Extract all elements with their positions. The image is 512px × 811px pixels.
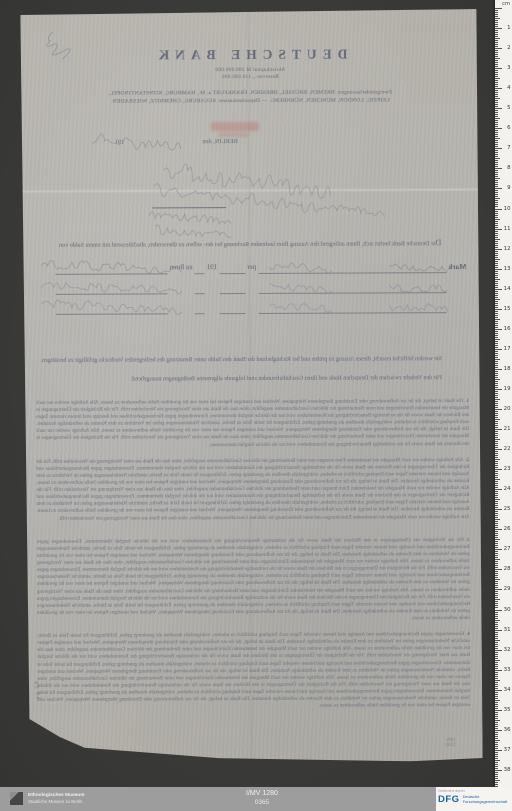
- ruler-tick: [495, 706, 498, 707]
- ruler-tick: [495, 253, 498, 254]
- ruler-tick: [495, 223, 498, 224]
- per-line: [219, 262, 245, 274]
- ruler-tick: [495, 423, 498, 424]
- ruler-tick: [495, 335, 498, 336]
- ruler-tick: [495, 632, 498, 633]
- ruler-tick: [495, 531, 498, 532]
- ruler-tick: [495, 235, 498, 236]
- ruler-tick: [495, 56, 498, 57]
- ruler-tick: [495, 198, 500, 199]
- terms-smallprint: 1.Die Bank ist befugt, die ihr zur Aufbe…: [36, 398, 470, 720]
- ruler-tick: [495, 642, 498, 643]
- ruler-tick: [495, 565, 498, 566]
- ruler-tick: [495, 100, 498, 101]
- ruler-tick: [495, 714, 498, 715]
- ruler-tick: [495, 351, 498, 352]
- ruler-tick: [495, 257, 498, 258]
- ruler-tick: [495, 142, 498, 143]
- ruler-number: 20: [504, 406, 511, 412]
- ruler-tick: [495, 170, 498, 171]
- year-line: [195, 302, 205, 314]
- ruler-tick: [495, 497, 498, 498]
- ruler-tick: [495, 148, 502, 149]
- ruler-tick: [495, 327, 498, 328]
- ruler-tick: [495, 628, 498, 629]
- ruler-tick: [495, 764, 498, 765]
- ruler-tick: [495, 10, 498, 11]
- ruler-tick: [495, 269, 502, 270]
- dfg-full-name: Deutsche Forschungsgemeinschaft: [463, 795, 508, 804]
- ruler-tick: [495, 337, 498, 338]
- ruler-tick: [495, 227, 498, 228]
- ruler-tick: [495, 58, 500, 59]
- ruler-tick: [495, 680, 500, 681]
- ruler-tick: [495, 756, 498, 757]
- ruler-tick: [495, 461, 498, 462]
- ruler-tick: [495, 471, 498, 472]
- ruler-tick: [495, 451, 498, 452]
- ruler-tick: [495, 46, 498, 47]
- ruler-tick: [495, 686, 498, 687]
- ruler-tick: [495, 305, 498, 306]
- ruler-tick: [495, 321, 498, 322]
- ruler-tick: [495, 529, 502, 530]
- ruler-tick: [495, 708, 498, 709]
- ruler-number: 26: [504, 526, 511, 532]
- ruler-tick: [495, 563, 498, 564]
- ruler-tick: [495, 74, 498, 75]
- ruler-tick: [495, 54, 498, 55]
- ruler-tick: [495, 517, 498, 518]
- ruler-tick: [495, 64, 498, 65]
- ruler-tick: [495, 168, 502, 169]
- terms-item-number: 1.: [463, 399, 469, 404]
- ruler-tick: [495, 561, 498, 562]
- ruler-tick: [495, 251, 498, 252]
- ruler-tick: [495, 50, 498, 51]
- intro-initial: D: [436, 238, 442, 247]
- ruler-tick: [495, 363, 498, 364]
- ruler-number: 33: [504, 667, 511, 673]
- ruler-tick: [495, 391, 498, 392]
- ruler-tick: [495, 98, 500, 99]
- ruler-tick: [495, 88, 502, 89]
- ruler-tick: [495, 443, 498, 444]
- intro-paragraph: Die Deutsche Bank beehrt sich, Ihnen anl…: [37, 238, 467, 250]
- ruler-tick: [495, 696, 498, 697]
- ruler-tick: [495, 487, 498, 488]
- ruler-tick: [495, 662, 498, 663]
- ruler-tick: [495, 313, 498, 314]
- handwriting-stroke: [6, 704, 20, 751]
- ruler-tick: [495, 616, 498, 617]
- ruler-tick: [495, 158, 500, 159]
- red-ink-stamp-faint: [219, 132, 249, 137]
- ruler-tick: [495, 28, 502, 29]
- ruler-tick: [495, 172, 498, 173]
- ruler-tick: [495, 389, 502, 390]
- ruler-tick: [495, 114, 498, 115]
- ruler-tick: [495, 463, 498, 464]
- ruler-tick: [495, 429, 502, 430]
- ruler-number: 3: [507, 65, 510, 71]
- ruler-tick: [495, 329, 502, 330]
- ruler-tick: [495, 194, 498, 195]
- ruler-tick: [495, 164, 498, 165]
- ruler-tick: [495, 387, 498, 388]
- ruler-tick: [495, 124, 498, 125]
- ruler-tick: [495, 682, 498, 683]
- ruler-tick: [495, 379, 500, 380]
- ruler-number: 5: [507, 105, 510, 111]
- ruler-tick: [495, 301, 498, 302]
- ruler-number: 1: [507, 25, 510, 31]
- ruler-tick: [495, 371, 498, 372]
- ruler-tick: [495, 557, 498, 558]
- ruler-tick: [495, 110, 498, 111]
- ruler-tick: [495, 293, 498, 294]
- ruler-tick: [495, 599, 500, 600]
- ruler-tick: [495, 365, 498, 366]
- ruler-tick: [495, 279, 500, 280]
- ruler-tick: [495, 732, 498, 733]
- ruler-tick: [495, 726, 498, 727]
- ruler-tick: [495, 122, 498, 123]
- ruler-tick: [495, 674, 498, 675]
- ruler-tick: [495, 698, 498, 699]
- ruler-tick: [495, 501, 498, 502]
- footer-bar: Ethnologisches Museum Staatliche Museen …: [0, 787, 512, 811]
- ruler-tick: [495, 162, 498, 163]
- ruler-tick: [495, 249, 502, 250]
- ruler-tick: [495, 96, 498, 97]
- ruler-tick: [495, 160, 498, 161]
- ruler-tick: [495, 591, 498, 592]
- ruler-tick: [495, 620, 500, 621]
- ruler-tick: [495, 233, 498, 234]
- ruler-tick: [495, 754, 498, 755]
- ruler-tick: [495, 24, 498, 25]
- ruler-number: 10: [504, 206, 511, 212]
- dfg-logo: DFG Deutsche Forschungsgemeinschaft: [438, 794, 508, 805]
- ruler-tick: [495, 14, 498, 15]
- ruler-tick: [495, 347, 498, 348]
- ruler-tick: [495, 736, 498, 737]
- ruler-tick: [495, 395, 498, 396]
- terms-item: 2.Alle Aufträge werden nur nach Massgabe…: [36, 457, 469, 537]
- ruler-tick: [495, 499, 500, 500]
- ruler-tick: [495, 664, 498, 665]
- ruler-number: 34: [504, 687, 511, 693]
- ruler-tick: [495, 511, 498, 512]
- ruler-tick: [495, 307, 498, 308]
- ruler-tick: [495, 587, 498, 588]
- ruler-tick: [495, 433, 498, 434]
- terms-intro-paragraph: Für den Verkehr zwischen der Deutschen B…: [38, 374, 468, 384]
- ruler-tick: [495, 577, 498, 578]
- ruler-tick: [495, 712, 498, 713]
- ruler-tick: [495, 491, 498, 492]
- ruler-tick: [495, 341, 498, 342]
- ruler-tick: [495, 180, 498, 181]
- ruler-tick: [495, 419, 500, 420]
- ruler-tick: [495, 174, 498, 175]
- per-line: [219, 282, 245, 294]
- ruler-tick: [495, 571, 498, 572]
- ruler-tick: [495, 150, 498, 151]
- ruler-tick: [495, 399, 500, 400]
- ruler-tick: [495, 225, 498, 226]
- ruler-number: 31: [504, 627, 511, 633]
- red-ink-stamp: [211, 122, 259, 131]
- ruler-tick: [495, 215, 498, 216]
- ruler-tick: [495, 766, 498, 767]
- ruler-tick: [495, 469, 502, 470]
- ruler-tick: [495, 507, 498, 508]
- ruler-tick: [495, 393, 498, 394]
- ruler-tick: [495, 303, 498, 304]
- ruler-tick: [495, 106, 498, 107]
- ruler-tick: [495, 746, 498, 747]
- ruler-tick: [495, 509, 502, 510]
- ruler-tick: [495, 188, 502, 189]
- ruler-tick: [495, 413, 498, 414]
- ruler-tick: [495, 694, 498, 695]
- ruler-tick: [495, 94, 498, 95]
- ruler-tick: [495, 656, 498, 657]
- ruler-tick: [495, 34, 498, 35]
- ruler-tick: [495, 281, 498, 282]
- ruler-tick: [495, 676, 498, 677]
- ruler-tick: [495, 184, 498, 185]
- ruler-number: 13: [504, 266, 511, 272]
- ruler-tick: [495, 453, 498, 454]
- ruler-tick: [495, 349, 502, 350]
- ruler-tick: [495, 489, 502, 490]
- ruler-tick: [495, 128, 502, 129]
- handwriting-stroke: [92, 131, 181, 153]
- ruler-number: 22: [504, 446, 511, 452]
- ruler-tick: [495, 44, 498, 45]
- ruler-tick: [495, 255, 498, 256]
- terms-item-number: 4.: [464, 632, 470, 637]
- ruler-tick: [495, 295, 498, 296]
- ruler-tick: [495, 339, 500, 340]
- ruler-tick: [495, 481, 498, 482]
- ruler-tick: [495, 261, 498, 262]
- ruler-tick: [495, 192, 498, 193]
- ruler-tick: [495, 16, 498, 17]
- ruler-tick: [495, 678, 498, 679]
- branches-line-1: Zweigniederlassungen: BREMEN, BRÜSSEL, D…: [20, 89, 481, 97]
- handwriting-stroke: [270, 301, 332, 314]
- ruler-tick: [495, 449, 502, 450]
- ruler-tick: [495, 136, 498, 137]
- branches-line-2: LEIPZIG, LONDON, MÜNCHEN, NÜRNBERG. — De…: [20, 97, 481, 105]
- terms-item: 1.Die Bank ist befugt, die ihr zur Aufbe…: [36, 398, 469, 457]
- ruler-number: 6: [507, 125, 510, 131]
- ruler-number: 11: [504, 226, 511, 232]
- ruler-tick: [495, 140, 498, 141]
- ruler-tick: [495, 533, 498, 534]
- ruler-number: 25: [504, 506, 511, 512]
- bank-name: DEUTSCHE BANK: [20, 46, 481, 64]
- label-per: per: [245, 263, 258, 274]
- ruler-tick: [495, 209, 502, 210]
- ruler-number: 17: [504, 346, 511, 352]
- ruler-tick: [495, 156, 498, 157]
- ruler-tick: [495, 447, 498, 448]
- ruler-tick: [495, 405, 498, 406]
- ruler-tick: [495, 60, 498, 61]
- ruler-tick: [495, 48, 502, 49]
- ruler-tick: [495, 475, 498, 476]
- ruler-tick: [495, 367, 498, 368]
- ruler-tick: [495, 213, 498, 214]
- ruler-tick: [495, 770, 502, 771]
- ruler-tick: [495, 86, 498, 87]
- ruler-tick: [495, 744, 498, 745]
- ruler-tick: [495, 607, 498, 608]
- ruler-tick: [495, 265, 498, 266]
- ruler-tick: [495, 178, 500, 179]
- ruler-tick: [495, 291, 498, 292]
- ruler-tick: [495, 750, 502, 751]
- ruler-tick: [495, 166, 498, 167]
- scanned-letter-page: DEUTSCHE BANK Aktienkapital M 200.000.00…: [19, 9, 483, 764]
- ruler-tick: [495, 535, 498, 536]
- ruler-tick: [495, 762, 498, 763]
- ruler-tick: [495, 112, 498, 113]
- ruler-tick: [495, 66, 498, 67]
- ruler-number: 36: [504, 727, 511, 733]
- ruler-tick: [495, 638, 498, 639]
- ruler-tick: [495, 579, 500, 580]
- ruler-tick: [495, 138, 500, 139]
- terms-item: 3.Für die Richtigkeit der Übertragungen …: [37, 537, 470, 631]
- dfg-branding: Gefördert durch DFG Deutsche Forschungsg…: [438, 789, 508, 805]
- ruler-tick: [495, 90, 498, 91]
- ruler-tick: [495, 381, 498, 382]
- ruler-tick: [495, 373, 498, 374]
- ruler-tick: [495, 202, 498, 203]
- ruler-tick: [495, 688, 498, 689]
- ruler-tick: [495, 622, 498, 623]
- ruler-tick: [495, 603, 498, 604]
- ruler-tick: [495, 784, 498, 785]
- ruler-tick: [495, 672, 498, 673]
- ruler-tick: [495, 573, 498, 574]
- ruler-tick: [495, 495, 498, 496]
- ruler-tick: [495, 237, 498, 238]
- terms-item-number: 3.: [464, 538, 470, 543]
- ruler-tick: [495, 575, 498, 576]
- ruler-tick: [495, 259, 500, 260]
- ruler-tick: [495, 503, 498, 504]
- ruler-tick: [495, 439, 500, 440]
- ruler-tick: [495, 690, 502, 691]
- ruler-tick: [495, 724, 498, 725]
- ruler-tick: [495, 80, 498, 81]
- archive-stamp-line-2: 1280: [445, 743, 455, 748]
- scan-viewer-page: DEUTSCHE BANK Aktienkapital M 200.000.00…: [0, 0, 512, 811]
- ruler-tick: [495, 361, 498, 362]
- ruler-tick: [495, 132, 498, 133]
- inventory-id-block: I/MV 1280 0365: [246, 790, 278, 807]
- ruler-tick: [495, 493, 498, 494]
- ruler-tick: [495, 331, 498, 332]
- ruler-number: 16: [504, 326, 511, 332]
- ruler-tick: [495, 401, 498, 402]
- ruler-tick: [495, 196, 498, 197]
- ruler-number: 27: [504, 546, 511, 552]
- ruler-tick: [495, 397, 498, 398]
- ruler-tick: [495, 700, 500, 701]
- ruler-tick: [495, 309, 502, 310]
- ruler-number: 19: [504, 386, 511, 392]
- ruler-tick: [495, 543, 498, 544]
- ruler-tick: [495, 479, 500, 480]
- ruler-tick: [495, 549, 502, 550]
- ruler-number: 35: [504, 707, 511, 713]
- ruler-tick: [495, 186, 498, 187]
- ruler-tick: [495, 553, 498, 554]
- intro-text: ie Deutsche Bank beehrt sich, Ihnen anli…: [59, 240, 436, 249]
- ruler-tick: [495, 585, 498, 586]
- ruler-tick: [495, 589, 502, 590]
- ruler-number: 29: [504, 586, 511, 592]
- ruler-tick: [495, 752, 498, 753]
- ruler-tick: [495, 523, 498, 524]
- archive-stamp: I/MV 1280: [445, 738, 455, 747]
- year-line: [195, 282, 205, 294]
- ruler-tick: [495, 68, 502, 69]
- ruler-tick: [495, 702, 498, 703]
- ruler-tick: [495, 70, 498, 71]
- ruler-tick: [495, 241, 498, 242]
- museum-branding: Ethnologisches Museum Staatliche Museen …: [10, 792, 85, 805]
- ruler-tick: [495, 718, 498, 719]
- ruler-tick: [495, 12, 498, 13]
- ruler-tick: [495, 467, 498, 468]
- ruler-tick: [495, 421, 498, 422]
- dfg-name-line-2: Forschungsgemeinschaft: [463, 800, 508, 805]
- ruler-tick: [495, 377, 498, 378]
- ruler-tick: [495, 780, 500, 781]
- ruler-tick: [495, 772, 498, 773]
- label-year: 191: [205, 263, 220, 274]
- ruler-tick: [495, 36, 498, 37]
- ruler-number: 23: [504, 466, 511, 472]
- ruler-tick: [495, 710, 502, 711]
- ruler-tick: [495, 289, 502, 290]
- ruler-tick: [495, 52, 498, 53]
- ruler-tick: [495, 217, 498, 218]
- ruler-tick: [495, 634, 498, 635]
- ruler-number: 4: [507, 85, 510, 91]
- ruler-tick: [495, 654, 498, 655]
- ruler-tick: [495, 740, 500, 741]
- ruler-number: 12: [504, 246, 511, 252]
- ruler-tick: [495, 152, 498, 153]
- ruler-tick: [495, 612, 498, 613]
- ruler-tick: [495, 32, 498, 33]
- ruler-tick: [495, 555, 498, 556]
- ruler-tick: [495, 459, 500, 460]
- ruler-tick: [495, 601, 498, 602]
- ruler-tick: [495, 670, 502, 671]
- ruler-tick: [495, 273, 498, 274]
